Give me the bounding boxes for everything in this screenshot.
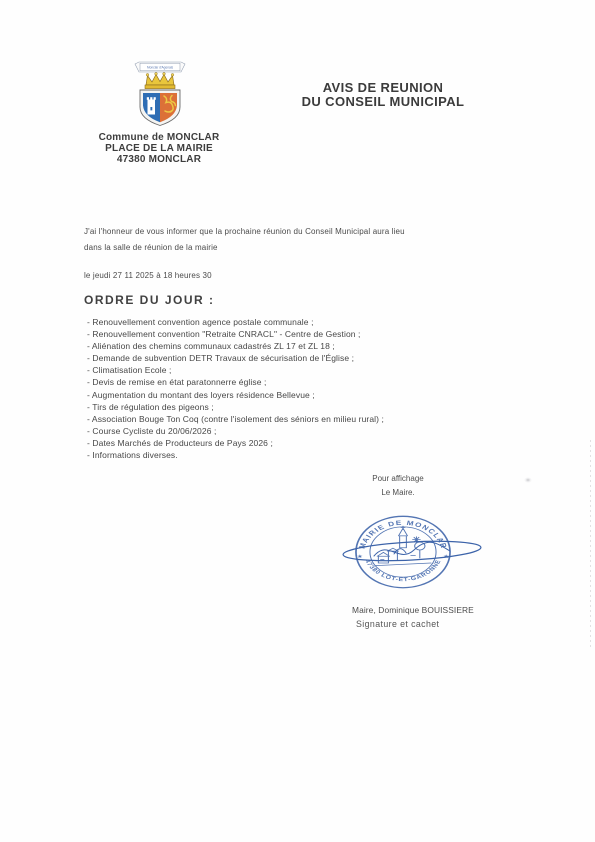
- svg-text:Monclar d'Agenais: Monclar d'Agenais: [147, 66, 174, 70]
- agenda-item: - Dates Marchés de Producteurs de Pays 2…: [87, 437, 384, 449]
- crest-crown: [145, 73, 175, 89]
- signature-icon: [336, 531, 488, 571]
- document-title: AVIS DE REUNION DU CONSEIL MUNICIPAL: [288, 81, 478, 109]
- agenda-item: - Informations diverses.: [87, 449, 384, 461]
- agenda-item: - Course Cycliste du 20/06/2026 ;: [87, 425, 384, 437]
- commune-address: Commune de MONCLAR PLACE DE LA MAIRIE 47…: [87, 133, 231, 165]
- agenda-list: - Renouvellement convention agence posta…: [87, 316, 384, 461]
- agenda-heading: ORDRE DU JOUR :: [84, 293, 215, 307]
- signature-caption: Signature et cachet: [356, 619, 439, 629]
- document-title-line2: DU CONSEIL MUNICIPAL: [288, 95, 478, 109]
- agenda-item: - Climatisation Ecole ;: [87, 364, 384, 376]
- coat-of-arms-icon: Monclar d'Agenais: [132, 61, 188, 127]
- scan-smudge-artifact: [524, 477, 532, 483]
- meeting-date-line: le jeudi 27 11 2025 à 18 heures 30: [84, 271, 212, 280]
- scan-edge-artifact: [590, 440, 591, 650]
- scanned-document-page: Monclar d'Agenais: [0, 0, 595, 842]
- commune-street: PLACE DE LA MAIRIE: [87, 144, 231, 155]
- agenda-item: - Renouvellement convention agence posta…: [87, 316, 384, 328]
- intro-line1: J'ai l'honneur de vous informer que la p…: [84, 227, 405, 236]
- crest-banner: Monclar d'Agenais: [135, 62, 185, 72]
- agenda-item: - Association Bouge Ton Coq (contre l'is…: [87, 413, 384, 425]
- agenda-item: - Aliénation des chemins communaux cadas…: [87, 340, 384, 352]
- for-display-label: Pour affichage: [343, 474, 453, 483]
- mayor-name: Maire, Dominique BOUISSIERE: [352, 605, 474, 615]
- commune-postal: 47380 MONCLAR: [87, 155, 231, 166]
- intro-line2: dans la salle de réunion de la mairie: [84, 243, 218, 252]
- agenda-item: - Demande de subvention DETR Travaux de …: [87, 352, 384, 364]
- document-title-line1: AVIS DE REUNION: [288, 81, 478, 95]
- agenda-item: - Renouvellement convention "Retraite CN…: [87, 328, 384, 340]
- agenda-item: - Augmentation du montant des loyers rés…: [87, 389, 384, 401]
- crest-tower: [147, 97, 156, 114]
- crest-shield: [140, 90, 180, 126]
- agenda-item: - Devis de remise en état paratonnerre é…: [87, 376, 384, 388]
- agenda-item: - Tirs de régulation des pigeons ;: [87, 401, 384, 413]
- the-mayor-label: Le Maire.: [343, 488, 453, 497]
